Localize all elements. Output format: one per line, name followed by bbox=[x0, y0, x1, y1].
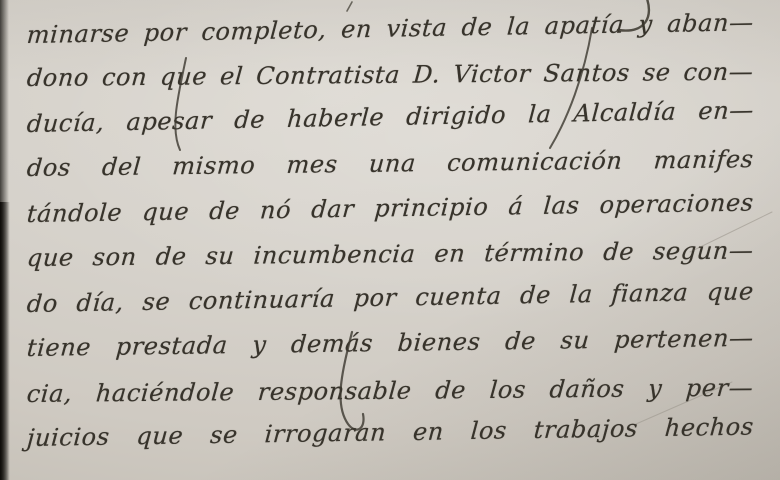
manuscript-page: minarse por completo, en vista de la apa… bbox=[0, 0, 780, 480]
photo-canvas: { "document": { "kind": "handwritten-man… bbox=[0, 0, 780, 480]
manuscript-line: minarse por completo, en vista de la apa… bbox=[25, 0, 755, 57]
manuscript-line: tiene prestada y demás bienes de su pert… bbox=[25, 315, 755, 370]
photo-edge-shadow bbox=[0, 0, 9, 480]
manuscript-text: minarse por completo, en vista de la apa… bbox=[27, 10, 753, 460]
